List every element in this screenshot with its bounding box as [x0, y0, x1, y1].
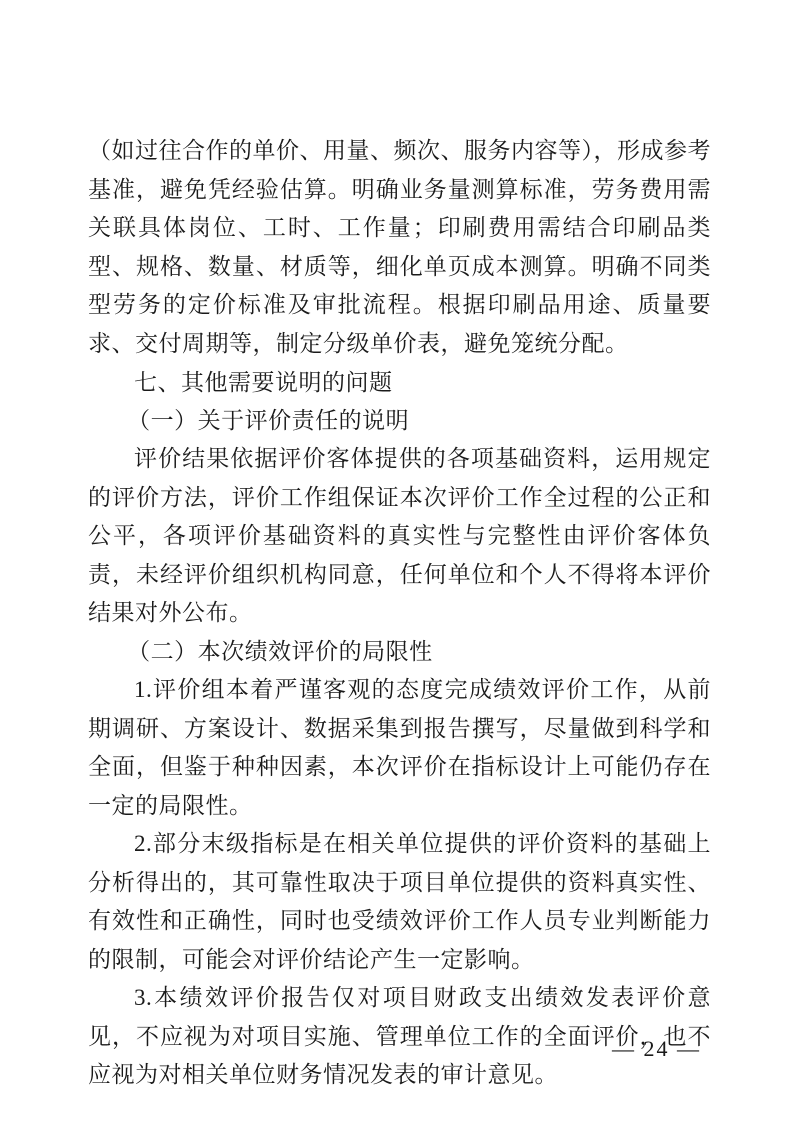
page-number: — 24 —: [612, 1036, 701, 1062]
page-content: （如过往合作的单价、用量、频次、服务内容等），形成参考基准，避免凭经验估算。明确…: [88, 132, 711, 1095]
paragraph-evaluation-responsibility: 评价结果依据评价客体提供的各项基础资料，运用规定的评价方法，评价工作组保证本次评…: [88, 440, 711, 633]
paragraph-continuation: （如过往合作的单价、用量、频次、服务内容等），形成参考基准，避免凭经验估算。明确…: [88, 132, 711, 363]
document-page: （如过往合作的单价、用量、频次、服务内容等），形成参考基准，避免凭经验估算。明确…: [0, 0, 793, 1122]
paragraph-limitation-2: 2.部分末级指标是在相关单位提供的评价资料的基础上分析得出的，其可靠性取决于项目…: [88, 825, 711, 979]
section-heading-7: 七、其他需要说明的问题: [88, 363, 711, 402]
subsection-heading-1: （一）关于评价责任的说明: [88, 402, 711, 441]
subsection-heading-2: （二）本次绩效评价的局限性: [88, 633, 711, 672]
paragraph-limitation-1: 1.评价组本着严谨客观的态度完成绩效评价工作，从前期调研、方案设计、数据采集到报…: [88, 671, 711, 825]
